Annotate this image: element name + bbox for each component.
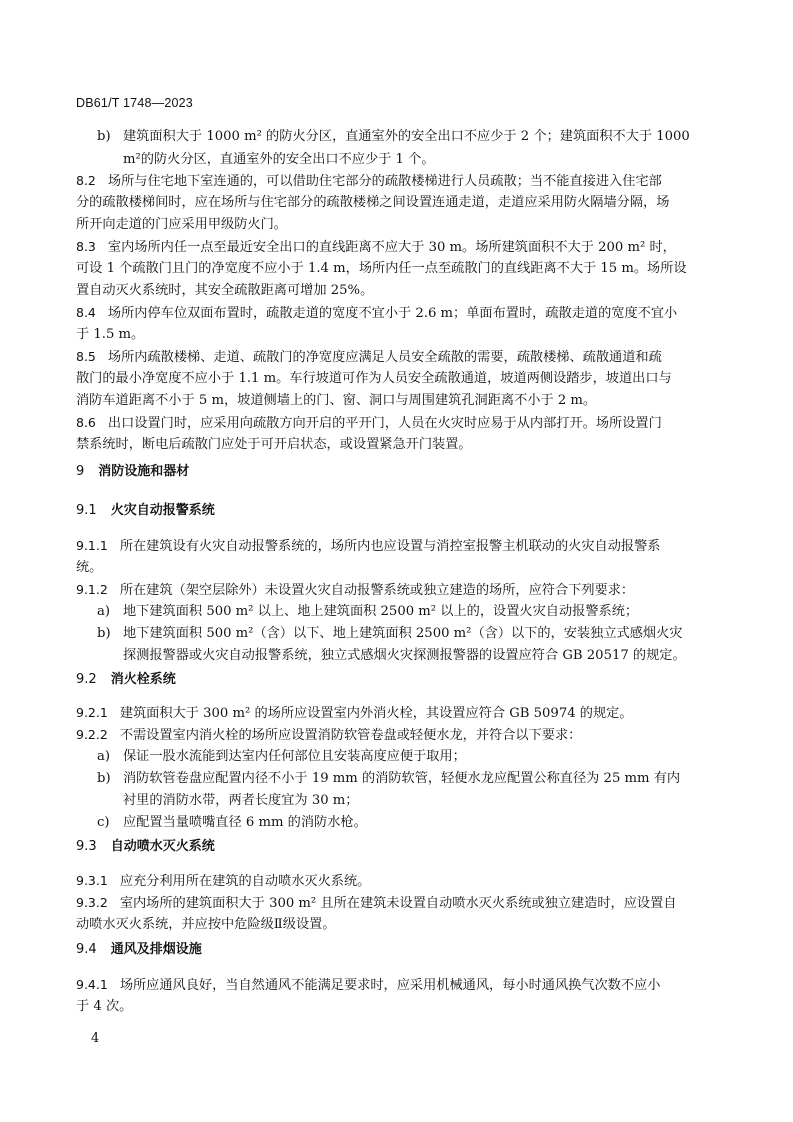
- list-item-b-cont: 衬里的消防水带，两者长度宜为 30 m；: [123, 792, 358, 809]
- subsection-number: 9.2: [76, 671, 97, 688]
- list-text: 地下建筑面积 500 m² 以上、地上建筑面积 2500 m² 以上的，设置火灾…: [123, 604, 638, 619]
- clause-text: 室内场所内任一点至最近安全出口的直线距离不应大于 30 m。场所建筑面积不大于 …: [108, 240, 676, 255]
- subsection-title: 火灾自动报警系统: [111, 503, 215, 518]
- clause-text: 不需设置室内消火栓的场所应设置消防软管卷盘或轻便水龙，并符合以下要求：: [120, 728, 582, 743]
- list-text: 建筑面积大于 1000 m² 的防火分区，直通室外的安全出口不应少于 2 个；建…: [123, 129, 690, 144]
- list-item-a: a)保证一股水流能到达室内任何部位且安装高度应便于取用；: [97, 748, 466, 765]
- clause-9-4-1: 9.4.1场所应通风良好，当自然通风不能满足要求时，应采用机械通风，每小时通风换…: [76, 976, 661, 994]
- clause-text: 应充分利用所在建筑的自动喷水灭火系统。: [120, 874, 371, 889]
- list-item-b: b)建筑面积大于 1000 m² 的防火分区，直通室外的安全出口不应少于 2 个…: [97, 128, 690, 145]
- clause-9-1-1: 9.1.1所在建筑设有火灾自动报警系统的，场所内也应设置与消控室报警主机联动的火…: [76, 537, 661, 555]
- subsection-title: 自动喷水灭火系统: [111, 839, 215, 854]
- clause-number: 9.3.1: [76, 873, 108, 888]
- clause-number: 9.2.2: [76, 727, 108, 742]
- list-item-b: b)地下建筑面积 500 m²（含）以下、地上建筑面积 2500 m²（含）以下…: [97, 625, 682, 642]
- clause-8-2-line-3: 所开向走道的门应采用甲级防火门。: [76, 216, 287, 233]
- clause-number: 8.5: [76, 349, 96, 364]
- clause-9-3-2: 9.3.2室内场所的建筑面积大于 300 m² 且所在建筑未设置自动喷水灭火系统…: [76, 894, 676, 912]
- clause-8-3-line-2: 可设 1 个疏散门且门的净宽度不应小于 1.4 m，场所内任一点至疏散门的直线距…: [76, 260, 687, 277]
- section-heading-9: 9消防设施和器材: [76, 463, 189, 480]
- subsection-heading-9-2: 9.2消火栓系统: [76, 671, 176, 688]
- list-item-b-cont: m²的防火分区，直通室外的安全出口不应少于 1 个。: [123, 151, 435, 168]
- clause-number: 8.4: [76, 305, 96, 320]
- list-label: a): [97, 748, 123, 765]
- subsection-heading-9-3: 9.3自动喷水灭火系统: [76, 838, 215, 855]
- clause-number: 9.2.1: [76, 705, 108, 720]
- clause-number: 9.3.2: [76, 895, 108, 910]
- subsection-number: 9.4: [76, 941, 97, 958]
- clause-9-3-2-line-2: 动喷水灭火系统，并应按中危险级Ⅱ级设置。: [76, 916, 336, 933]
- clause-8-6: 8.6出口设置门时，应采用向疏散方向开启的平开门，人员在火灾时应易于从内部打开。…: [76, 414, 662, 432]
- clause-9-1-1-line-2: 统。: [76, 559, 102, 576]
- subsection-number: 9.3: [76, 838, 97, 855]
- clause-8-6-line-2: 禁系统时，断电后疏散门应处于可开启状态，或设置紧急开门装置。: [76, 436, 472, 453]
- clause-8-2: 8.2场所与住宅地下室连通的，可以借助住宅部分的疏散楼梯进行人员疏散；当不能直接…: [76, 172, 662, 190]
- clause-9-3-1: 9.3.1应充分利用所在建筑的自动喷水灭火系统。: [76, 872, 370, 890]
- clause-text: 室内场所的建筑面积大于 300 m² 且所在建筑未设置自动喷水灭火系统或独立建造…: [120, 896, 677, 911]
- clause-text: 所在建筑（架空层除外）未设置火灾自动报警系统或独立建造的场所，应符合下列要求：: [120, 583, 634, 598]
- list-label: b): [97, 770, 123, 787]
- subsection-title: 消火栓系统: [111, 672, 176, 687]
- list-text: 保证一股水流能到达室内任何部位且安装高度应便于取用；: [123, 749, 466, 764]
- list-item-b: b)消防软管卷盘应配置内径不小于 19 mm 的消防软管，轻便水龙应配置公称直径…: [97, 770, 680, 787]
- clause-8-3-line-3: 置自动灭火系统时，其安全疏散距离可增加 25%。: [76, 282, 373, 299]
- clause-9-4-1-line-2: 于 4 次。: [76, 998, 132, 1015]
- list-item-a: a)地下建筑面积 500 m² 以上、地上建筑面积 2500 m² 以上的，设置…: [97, 603, 638, 620]
- clause-text: 场所应通风良好，当自然通风不能满足要求时，应采用机械通风，每小时通风换气次数不应…: [120, 978, 661, 993]
- list-text: 消防软管卷盘应配置内径不小于 19 mm 的消防软管，轻便水龙应配置公称直径为 …: [123, 771, 680, 786]
- clause-8-4-line-2: 于 1.5 m。: [76, 326, 144, 343]
- subsection-heading-9-4: 9.4通风及排烟设施: [76, 941, 202, 958]
- list-text: 应配置当量喷嘴直径 6 mm 的消防水枪。: [123, 815, 367, 830]
- clause-number: 9.4.1: [76, 977, 108, 992]
- list-item-c: c)应配置当量喷嘴直径 6 mm 的消防水枪。: [97, 814, 367, 831]
- list-label: a): [97, 603, 123, 620]
- subsection-heading-9-1: 9.1火灾自动报警系统: [76, 502, 215, 519]
- clause-text: 场所内停车位双面布置时，疏散走道的宽度不宜小于 2.6 m；单面布置时，疏散走道…: [108, 306, 677, 321]
- clause-8-5: 8.5场所内疏散楼梯、走道、疏散门的净宽度应满足人员安全疏散的需要，疏散楼梯、疏…: [76, 348, 662, 366]
- clause-number: 9.1.1: [76, 538, 108, 553]
- list-text: 地下建筑面积 500 m²（含）以下、地上建筑面积 2500 m²（含）以下的，…: [123, 626, 682, 641]
- page-number: 4: [91, 1031, 99, 1046]
- clause-text: 场所内疏散楼梯、走道、疏散门的净宽度应满足人员安全疏散的需要，疏散楼梯、疏散通道…: [108, 350, 662, 365]
- section-title: 消防设施和器材: [98, 464, 189, 479]
- subsection-title: 通风及排烟设施: [111, 942, 202, 957]
- clause-text: 建筑面积大于 300 m² 的场所应设置室内外消火栓，其设置应符合 GB 509…: [120, 706, 633, 721]
- clause-8-5-line-3: 消防车道距离不小于 5 m，坡道侧墙上的门、窗、洞口与周围建筑孔洞距离不小于 2…: [76, 392, 596, 409]
- clause-8-2-line-2: 分的疏散楼梯间时，应在场所与住宅部分的疏散楼梯之间设置连通走道，走道应采用防火隔…: [76, 194, 669, 211]
- document-code-header: DB61/T 1748—2023: [76, 96, 193, 110]
- clause-9-1-2: 9.1.2所在建筑（架空层除外）未设置火灾自动报警系统或独立建造的场所，应符合下…: [76, 581, 634, 599]
- clause-8-3: 8.3室内场所内任一点至最近安全出口的直线距离不应大于 30 m。场所建筑面积不…: [76, 238, 676, 256]
- clause-8-4: 8.4场所内停车位双面布置时，疏散走道的宽度不宜小于 2.6 m；单面布置时，疏…: [76, 304, 677, 322]
- clause-9-2-2: 9.2.2不需设置室内消火栓的场所应设置消防软管卷盘或轻便水龙，并符合以下要求：: [76, 726, 581, 744]
- list-label: c): [97, 814, 123, 831]
- clause-number: 8.6: [76, 415, 96, 430]
- list-label: b): [97, 625, 123, 642]
- list-label: b): [97, 128, 123, 145]
- clause-text: 场所与住宅地下室连通的，可以借助住宅部分的疏散楼梯进行人员疏散；当不能直接进入住…: [108, 174, 662, 189]
- clause-number: 8.3: [76, 239, 96, 254]
- clause-text: 所在建筑设有火灾自动报警系统的，场所内也应设置与消控室报警主机联动的火灾自动报警…: [120, 539, 661, 554]
- clause-number: 9.1.2: [76, 582, 108, 597]
- document-page: DB61/T 1748—2023 b)建筑面积大于 1000 m² 的防火分区，…: [0, 0, 793, 1122]
- clause-9-2-1: 9.2.1建筑面积大于 300 m² 的场所应设置室内外消火栓，其设置应符合 G…: [76, 704, 633, 722]
- subsection-number: 9.1: [76, 502, 97, 519]
- clause-number: 8.2: [76, 173, 96, 188]
- section-number: 9: [76, 463, 84, 480]
- clause-text: 出口设置门时，应采用向疏散方向开启的平开门，人员在火灾时应易于从内部打开。场所设…: [108, 416, 662, 431]
- clause-8-5-line-2: 散门的最小净宽度不应小于 1.1 m。车行坡道可作为人员安全疏散通道，坡道两侧设…: [76, 370, 672, 387]
- list-item-b-cont: 探测报警器或火灾自动报警系统，独立式感烟火灾探测报警器的设置应符合 GB 205…: [123, 647, 686, 664]
